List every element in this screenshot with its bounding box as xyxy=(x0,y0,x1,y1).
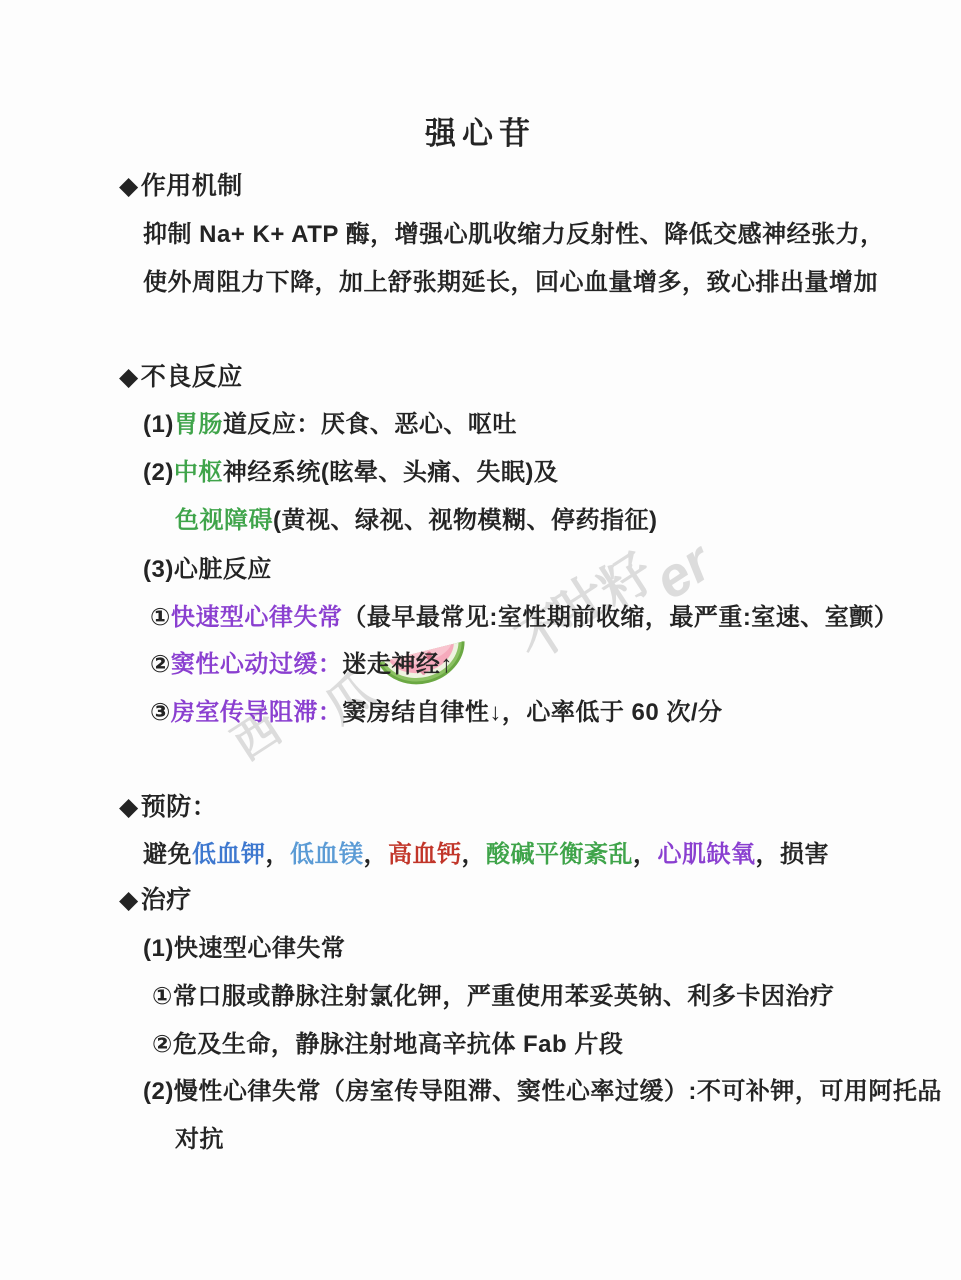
circled-number: ② xyxy=(152,1031,173,1058)
term-myocardial-hypoxia: 心肌缺氧 xyxy=(658,841,756,868)
term-hypercalcemia: 高血钙 xyxy=(388,841,462,868)
diamond-bullet-icon: ◆ xyxy=(119,793,139,821)
highlight-text: 色视障碍 xyxy=(175,507,273,534)
item-text: (黄视、绿视、视物模糊、停药指征) xyxy=(273,507,657,534)
circled-number: ③ xyxy=(150,699,171,726)
adverse-item-2-continued: 色视障碍(黄视、绿视、视物模糊、停药指征) xyxy=(175,500,657,535)
item-text: 窦房结自律性↓，心率低于 60 次/分 xyxy=(342,699,722,726)
highlight-text: 中枢 xyxy=(174,459,223,486)
item-text: 神经系统(眩晕、头痛、失眠)及 xyxy=(223,459,558,486)
separator: ， xyxy=(756,841,781,868)
item-number: (3) xyxy=(143,556,174,583)
adverse-sub-1: ①快速型心律失常（最早最常见:室性期前收缩，最严重:室速、室颤） xyxy=(150,597,898,632)
heading-text: 预防： xyxy=(141,793,218,821)
item-number: (1) xyxy=(143,935,174,962)
page-title: 强心苷 xyxy=(0,108,961,153)
prevention-line: 避免低血钾，低血镁，高血钙，酸碱平衡紊乱，心肌缺氧，损害 xyxy=(143,834,829,869)
highlight-text: 胃肠 xyxy=(174,411,223,438)
treatment-item-2-continued: 对抗 xyxy=(175,1119,224,1154)
term-hypokalemia: 低血钾 xyxy=(192,841,266,868)
highlight-text: 房室传导阻滞： xyxy=(171,699,343,726)
circled-number: ② xyxy=(150,651,171,678)
diamond-bullet-icon: ◆ xyxy=(119,172,139,200)
item-text: 道反应：厌食、恶心、呕吐 xyxy=(223,411,517,438)
circled-number: ① xyxy=(152,983,173,1010)
separator: ， xyxy=(364,841,389,868)
diamond-bullet-icon: ◆ xyxy=(119,886,139,914)
adverse-sub-2: ②窦性心动过缓：迷走神经↑ xyxy=(150,644,453,679)
heading-text: 治疗 xyxy=(141,886,192,914)
section-heading-prevention: ◆预防： xyxy=(119,787,217,823)
item-number: (2) xyxy=(143,459,174,486)
heading-text: 不良反应 xyxy=(141,363,243,391)
item-text: 迷走神经↑ xyxy=(342,651,453,678)
separator: ， xyxy=(633,841,658,868)
section-heading-treatment: ◆治疗 xyxy=(119,880,192,916)
item-text: 心脏反应 xyxy=(174,556,272,583)
diamond-bullet-icon: ◆ xyxy=(119,363,139,391)
adverse-item-2: (2)中枢神经系统(眩晕、头痛、失眠)及 xyxy=(143,452,558,487)
mechanism-line-1: 抑制 Na+ K+ ATP 酶，增强心肌收缩力反射性、降低交感神经张力， xyxy=(143,214,885,249)
treatment-sub-1: ①常口服或静脉注射氯化钾，严重使用苯妥英钠、利多卡因治疗 xyxy=(152,976,834,1011)
item-text: 慢性心律失常（房室传导阻滞、窦性心率过缓）:不可补钾，可用阿托品 xyxy=(174,1078,942,1105)
separator: ， xyxy=(266,841,291,868)
adverse-item-1: (1)胃肠道反应：厌食、恶心、呕吐 xyxy=(143,404,517,439)
separator: ， xyxy=(462,841,487,868)
lead-text: 避免 xyxy=(143,841,192,868)
item-text: 危及生命，静脉注射地高辛抗体 Fab 片段 xyxy=(173,1031,624,1058)
tail-text: 损害 xyxy=(780,841,829,868)
treatment-item-1: (1)快速型心律失常 xyxy=(143,928,345,963)
adverse-sub-3: ③房室传导阻滞：窦房结自律性↓，心率低于 60 次/分 xyxy=(150,692,723,727)
term-hypomagnesemia: 低血镁 xyxy=(290,841,364,868)
circled-number: ① xyxy=(150,604,171,631)
section-heading-mechanism: ◆作用机制 xyxy=(119,166,243,202)
treatment-sub-2: ②危及生命，静脉注射地高辛抗体 Fab 片段 xyxy=(152,1024,623,1059)
item-text: 快速型心律失常 xyxy=(174,935,346,962)
highlight-text: 窦性心动过缓： xyxy=(171,651,343,678)
term-acid-base-disorder: 酸碱平衡紊乱 xyxy=(486,841,633,868)
heading-text: 作用机制 xyxy=(141,172,243,200)
item-number: (2) xyxy=(143,1078,174,1105)
item-text: 常口服或静脉注射氯化钾，严重使用苯妥英钠、利多卡因治疗 xyxy=(173,983,835,1010)
adverse-item-3: (3)心脏反应 xyxy=(143,549,272,584)
treatment-item-2: (2)慢性心律失常（房室传导阻滞、窦性心率过缓）:不可补钾，可用阿托品 xyxy=(143,1071,942,1106)
note-page: 西 瓜 不 吐 籽 er 强心苷 ◆作用机制 抑制 Na+ K+ ATP 酶，增… xyxy=(0,0,961,1280)
section-heading-adverse: ◆不良反应 xyxy=(119,357,243,393)
mechanism-line-2: 使外周阻力下降，加上舒张期延长，回心血量增多，致心排出量增加 xyxy=(143,262,878,297)
highlight-text: 快速型心律失常 xyxy=(171,604,343,631)
item-text: （最早最常见:室性期前收缩，最严重:室速、室颤） xyxy=(342,604,898,631)
item-number: (1) xyxy=(143,411,174,438)
